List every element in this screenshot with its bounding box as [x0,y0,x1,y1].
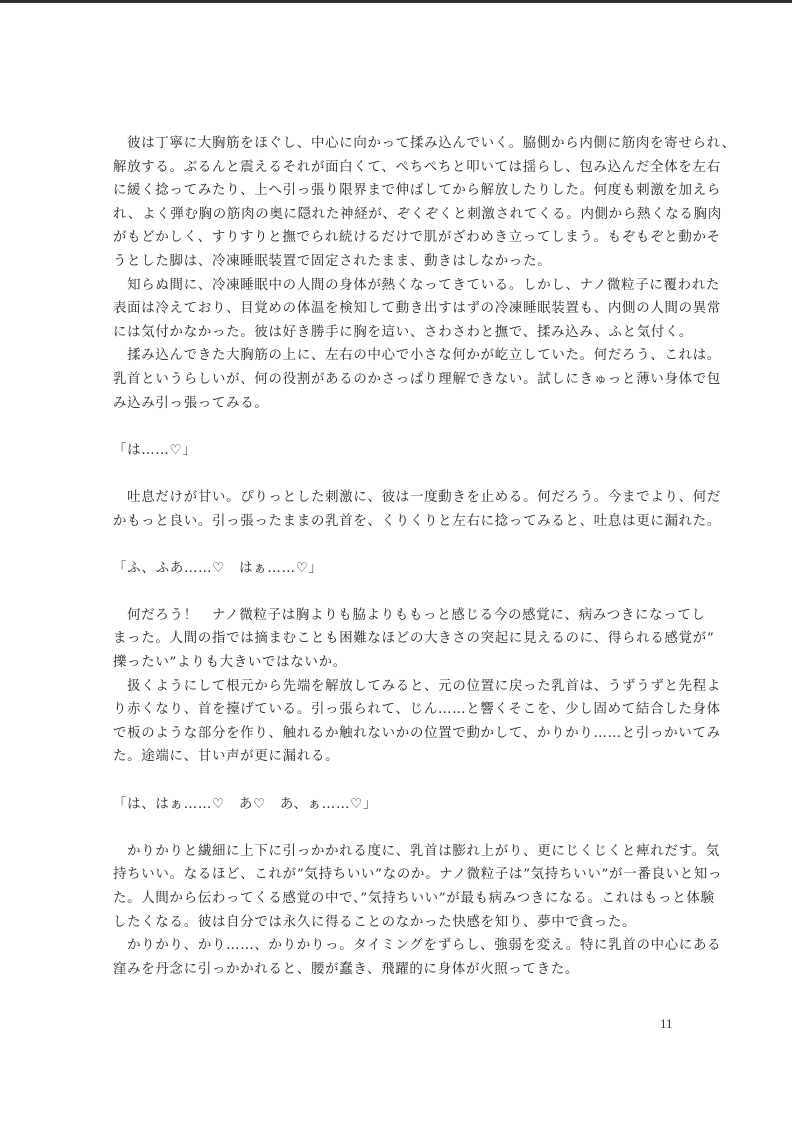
text-line: た。人間から伝わってくる感覚の中で、”気持ちいい”が最も病みつきになる。これはも… [113,887,681,911]
text-line: 擽ったい”よりも大きいではないか。 [113,651,681,675]
text-line: かりかりと繊細に上下に引っかかれる度に、乳首は膨れ上がり、更にじくじくと痺れだす… [113,840,681,864]
page-number: 11 [660,1016,673,1032]
text-line: かりかり、かり……、かりかりっ。タイミングをずらし、強弱を変え。特に乳首の中心に… [113,934,681,958]
text-line: み込み引っ張ってみる。 [113,392,681,416]
text-line: したくなる。彼は自分では永久に得ることのなかった快感を知り、夢中で貪った。 [113,911,681,935]
text-line: 「は……♡」 [113,439,681,463]
text-line: た。途端に、甘い声が更に漏れる。 [113,745,681,769]
blank-line [113,462,681,486]
text-line: 知らぬ間に、冷凍睡眠中の人間の身体が熱くなってきている。しかし、ナノ微粒子に覆わ… [113,274,681,298]
text-line: 持ちいい。なるほど、これが”気持ちいい”なのか。ナノ微粒子は”気持ちいい”が一番… [113,863,681,887]
text-line: 何だろう！ ナノ微粒子は胸よりも脇よりももっと感じる今の感覚に、病みつきになって… [113,604,681,628]
text-line: に緩く捻ってみたり、上へ引っ張り限界まで伸ばしてから解放したりした。何度も刺激を… [113,179,681,203]
text-line: まった。人間の指では摘まむことも困難なほどの大きさの突起に見えるのに、得られる感… [113,627,681,651]
text-line: れ、よく弾む胸の筋肉の奥に隠れた神経が、ぞくぞくと刺激されてくる。内側から熱くな… [113,203,681,227]
text-line: 乳首というらしいが、何の役割があるのかさっぱり理解できない。試しにきゅっと薄い身… [113,368,681,392]
blank-line [113,580,681,604]
blank-line [113,533,681,557]
text-line: 解放する。ぶるんと震えるそれが面白くて、ぺちぺちと叩いては揺らし、包み込んだ全体… [113,156,681,180]
text-line: 窪みを丹念に引っかかれると、腰が蠢き、飛躍的に身体が火照ってきた。 [113,958,681,982]
top-border-bar [0,0,792,3]
text-line: かもっと良い。引っ張ったままの乳首を、くりくりと左右に捻ってみると、吐息は更に漏… [113,510,681,534]
text-line: 表面は冷えており、目覚めの体温を検知して動き出すはずの冷凍睡眠装置も、内側の人間… [113,297,681,321]
text-line: 「は、はぁ……♡ あ♡ あ、ぁ……♡」 [113,793,681,817]
text-line: がもどかしく、すりすりと撫でられ続けるだけで肌がざわめき立ってしまう。もぞもぞと… [113,226,681,250]
text-line: 吐息だけが甘い。ぴりっとした刺激に、彼は一度動きを止める。何だろう。今までより、… [113,486,681,510]
text-line: り赤くなり、首を擡げている。引っ張られて、じん……と響くそこを、少し固めて結合し… [113,698,681,722]
blank-line [113,769,681,793]
blank-line [113,816,681,840]
blank-line [113,415,681,439]
text-line: 「ふ、ふあ……♡ はぁ……♡」 [113,557,681,581]
text-line: には気付かなかった。彼は好き勝手に胸を這い、さわさわと撫で、揉み込み、ふと気付く… [113,321,681,345]
text-line: 彼は丁寧に大胸筋をほぐし、中心に向かって揉み込んでいく。脇側から内側に筋肉を寄せ… [113,132,681,156]
text-line: 扱くようにして根元から先端を解放してみると、元の位置に戻った乳首は、うずうずと先… [113,675,681,699]
text-line: 揉み込んできた大胸筋の上に、左右の中心で小さな何かが屹立していた。何だろう、これ… [113,344,681,368]
text-line: うとした脚は、冷凍睡眠装置で固定されたまま、動きはしなかった。 [113,250,681,274]
document-body: 彼は丁寧に大胸筋をほぐし、中心に向かって揉み込んでいく。脇側から内側に筋肉を寄せ… [113,132,681,981]
text-line: で板のような部分を作り、触れるか触れないかの位置で動かして、かりかり……と引っか… [113,722,681,746]
